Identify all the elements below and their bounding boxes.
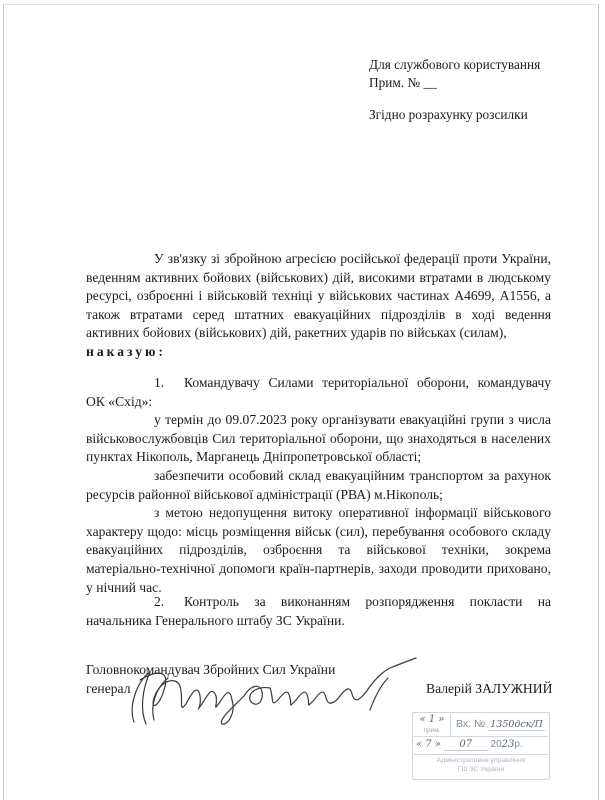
classification-label: Для службового користування [369,56,540,74]
stamp-row-date: « 7 » 07 2023р. [416,739,523,751]
stamp-date-year-hand: 23 [502,739,515,750]
order-word: наказую: [86,343,551,362]
preamble-text: У зв'язку зі збройною агресією російсько… [86,250,551,343]
copy-number-label: Прим. № __ [369,74,540,92]
stamp-incoming-label: Вх. № [456,718,485,730]
order-item-2: 2.Контроль за виконанням розпорядження п… [86,593,551,630]
item-2-number: 2. [154,593,184,612]
item-1-sub-2: забезпечити особовий склад евакуаційним … [86,467,551,504]
item-2-heading: 2.Контроль за виконанням розпорядження п… [86,593,551,630]
stamp-date-month: 07 [444,739,488,751]
registration-stamp: « 1 » прим. Вх. №1350дск/П « 7 » 07 2023… [412,712,550,780]
preamble-block: У зв'язку зі збройною агресією російсько… [86,250,551,362]
signatory-name: Валерій ЗАЛУЖНИЙ [426,679,552,698]
distribution-label: Згідно розрахунку розсилки [369,106,540,124]
document-header: Для службового користування Прим. № __ З… [369,56,540,124]
order-word-text: наказую: [86,344,166,359]
stamp-date-year-prefix: 20 [491,739,502,750]
stamp-office-line-1: Адміністративне управління [414,757,548,766]
item-1-heading: 1.Командувачу Силами територіальної обор… [86,374,551,411]
item-1-sub-3: з метою недопущення витоку оперативної і… [86,504,551,597]
stamp-incoming: Вх. №1350дск/П [456,718,545,730]
stamp-date-day: « 7 » [416,739,441,750]
header-spacer [369,92,540,106]
stamp-copies-cell: « 1 » прим. [414,714,451,736]
stamp-copies-label: прим. [414,725,450,736]
stamp-incoming-number: 1350дск/П [488,719,545,731]
handwritten-signature-icon [120,650,420,730]
stamp-row-incoming: « 1 » прим. Вх. №1350дск/П [414,714,548,737]
stamp-office: Адміністративне управління ГШ ЗС України [414,754,548,774]
order-item-1: 1.Командувачу Силами територіальної обор… [86,374,551,597]
item-1-number: 1. [154,374,184,393]
stamp-copies-value: « 1 » [414,714,450,725]
stamp-date-year-suffix: р. [514,739,522,750]
stamp-office-line-2: ГШ ЗС України [414,766,548,775]
item-1-sub-1: у термін до 09.07.2023 року організувати… [86,411,551,467]
